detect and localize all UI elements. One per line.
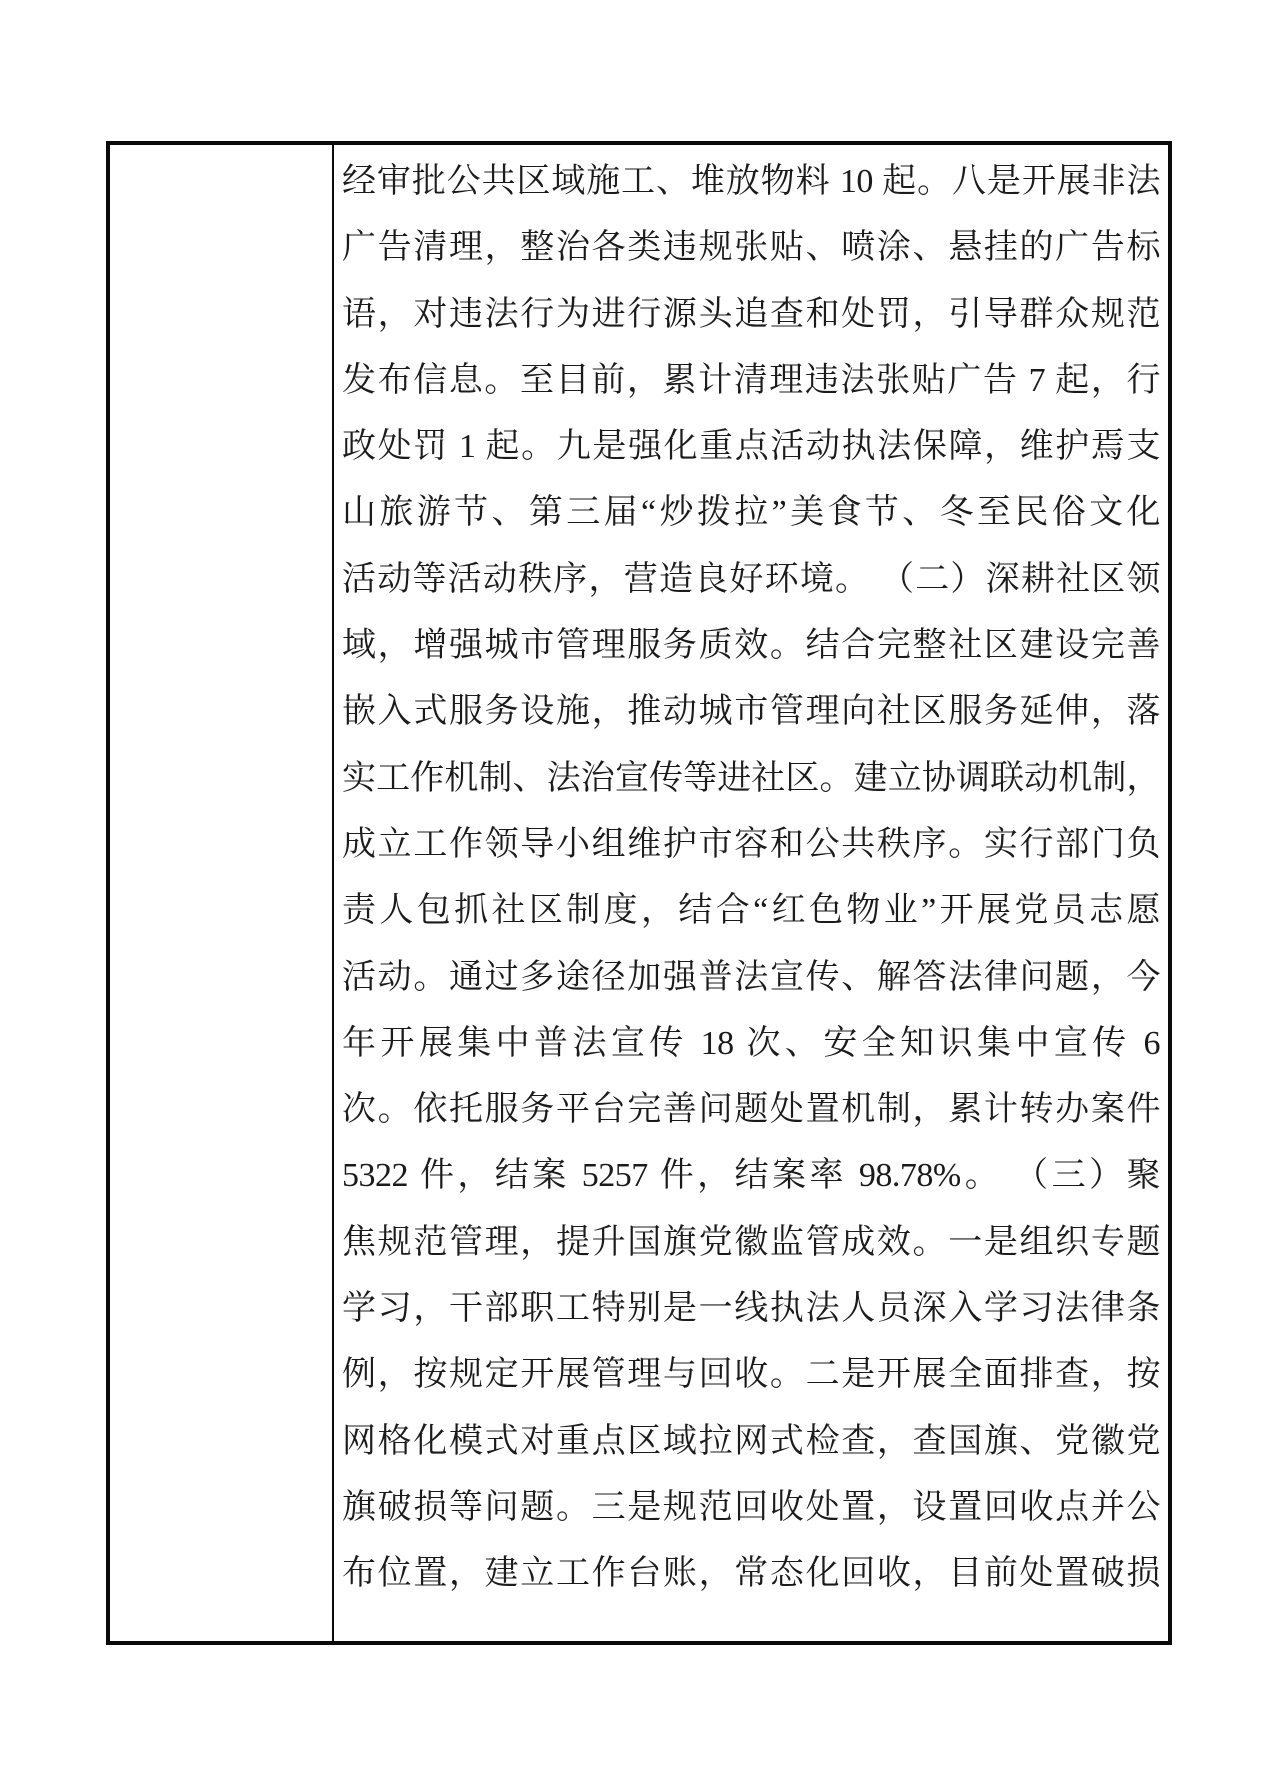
text-line: 语，对违法行为进行源头追查和处罚，引导群众规范 <box>342 282 1160 348</box>
text-line: 广告清理，整治各类违规张贴、喷涂、悬挂的广告标 <box>342 215 1160 281</box>
text-line: 活动等活动秩序，营造良好环境。 （二）深耕社区领 <box>342 547 1160 613</box>
text-line: 旗破损等问题。三是规范回收处置，设置回收点并公 <box>342 1475 1160 1541</box>
text-line: 域，增强城市管理服务质效。结合完整社区建设完善 <box>342 613 1160 679</box>
text-line: 实工作机制、法治宣传等进社区。建立协调联动机制， <box>342 746 1160 812</box>
text-line: 学习，干部职工特别是一线执法人员深入学习法律条 <box>342 1276 1160 1342</box>
table-content-cell: 经审批公共区域施工、堆放物料 10 起。八是开展非法 广告清理，整治各类违规张贴… <box>334 145 1168 1641</box>
text-line: 发布信息。至目前，累计清理违法张贴广告 7 起，行 <box>342 348 1160 414</box>
text-line: 例，按规定开展管理与回收。二是开展全面排查，按 <box>342 1342 1160 1408</box>
table-left-cell <box>110 145 334 1641</box>
text-line: 经审批公共区域施工、堆放物料 10 起。八是开展非法 <box>342 149 1160 215</box>
document-page: 经审批公共区域施工、堆放物料 10 起。八是开展非法 广告清理，整治各类违规张贴… <box>0 0 1276 1775</box>
text-line: 活动。通过多途径加强普法宣传、解答法律问题，今 <box>342 945 1160 1011</box>
text-line: 成立工作领导小组维护市容和公共秩序。实行部门负 <box>342 812 1160 878</box>
text-line: 责人包抓社区制度，结合“红色物业”开展党员志愿 <box>342 878 1160 944</box>
report-table: 经审批公共区域施工、堆放物料 10 起。八是开展非法 广告清理，整治各类违规张贴… <box>106 141 1172 1645</box>
text-line: 山旅游节、第三届“炒拨拉”美食节、冬至民俗文化 <box>342 480 1160 546</box>
text-line: 年开展集中普法宣传 18 次、安全知识集中宣传 6 <box>342 1011 1160 1077</box>
text-line: 嵌入式服务设施，推动城市管理向社区服务延伸，落 <box>342 679 1160 745</box>
text-line: 焦规范管理，提升国旗党徽监管成效。一是组织专题 <box>342 1210 1160 1276</box>
text-line: 政处罚 1 起。九是强化重点活动执法保障，维护焉支 <box>342 414 1160 480</box>
text-line: 布位置，建立工作台账，常态化回收，目前处置破损 <box>342 1541 1160 1607</box>
text-line: 网格化模式对重点区域拉网式检查，查国旗、党徽党 <box>342 1409 1160 1475</box>
text-line: 次。依托服务平台完善问题处置机制，累计转办案件 <box>342 1077 1160 1143</box>
text-line: 5322 件，结案 5257 件，结案率 98.78%。 （三）聚 <box>342 1143 1160 1209</box>
